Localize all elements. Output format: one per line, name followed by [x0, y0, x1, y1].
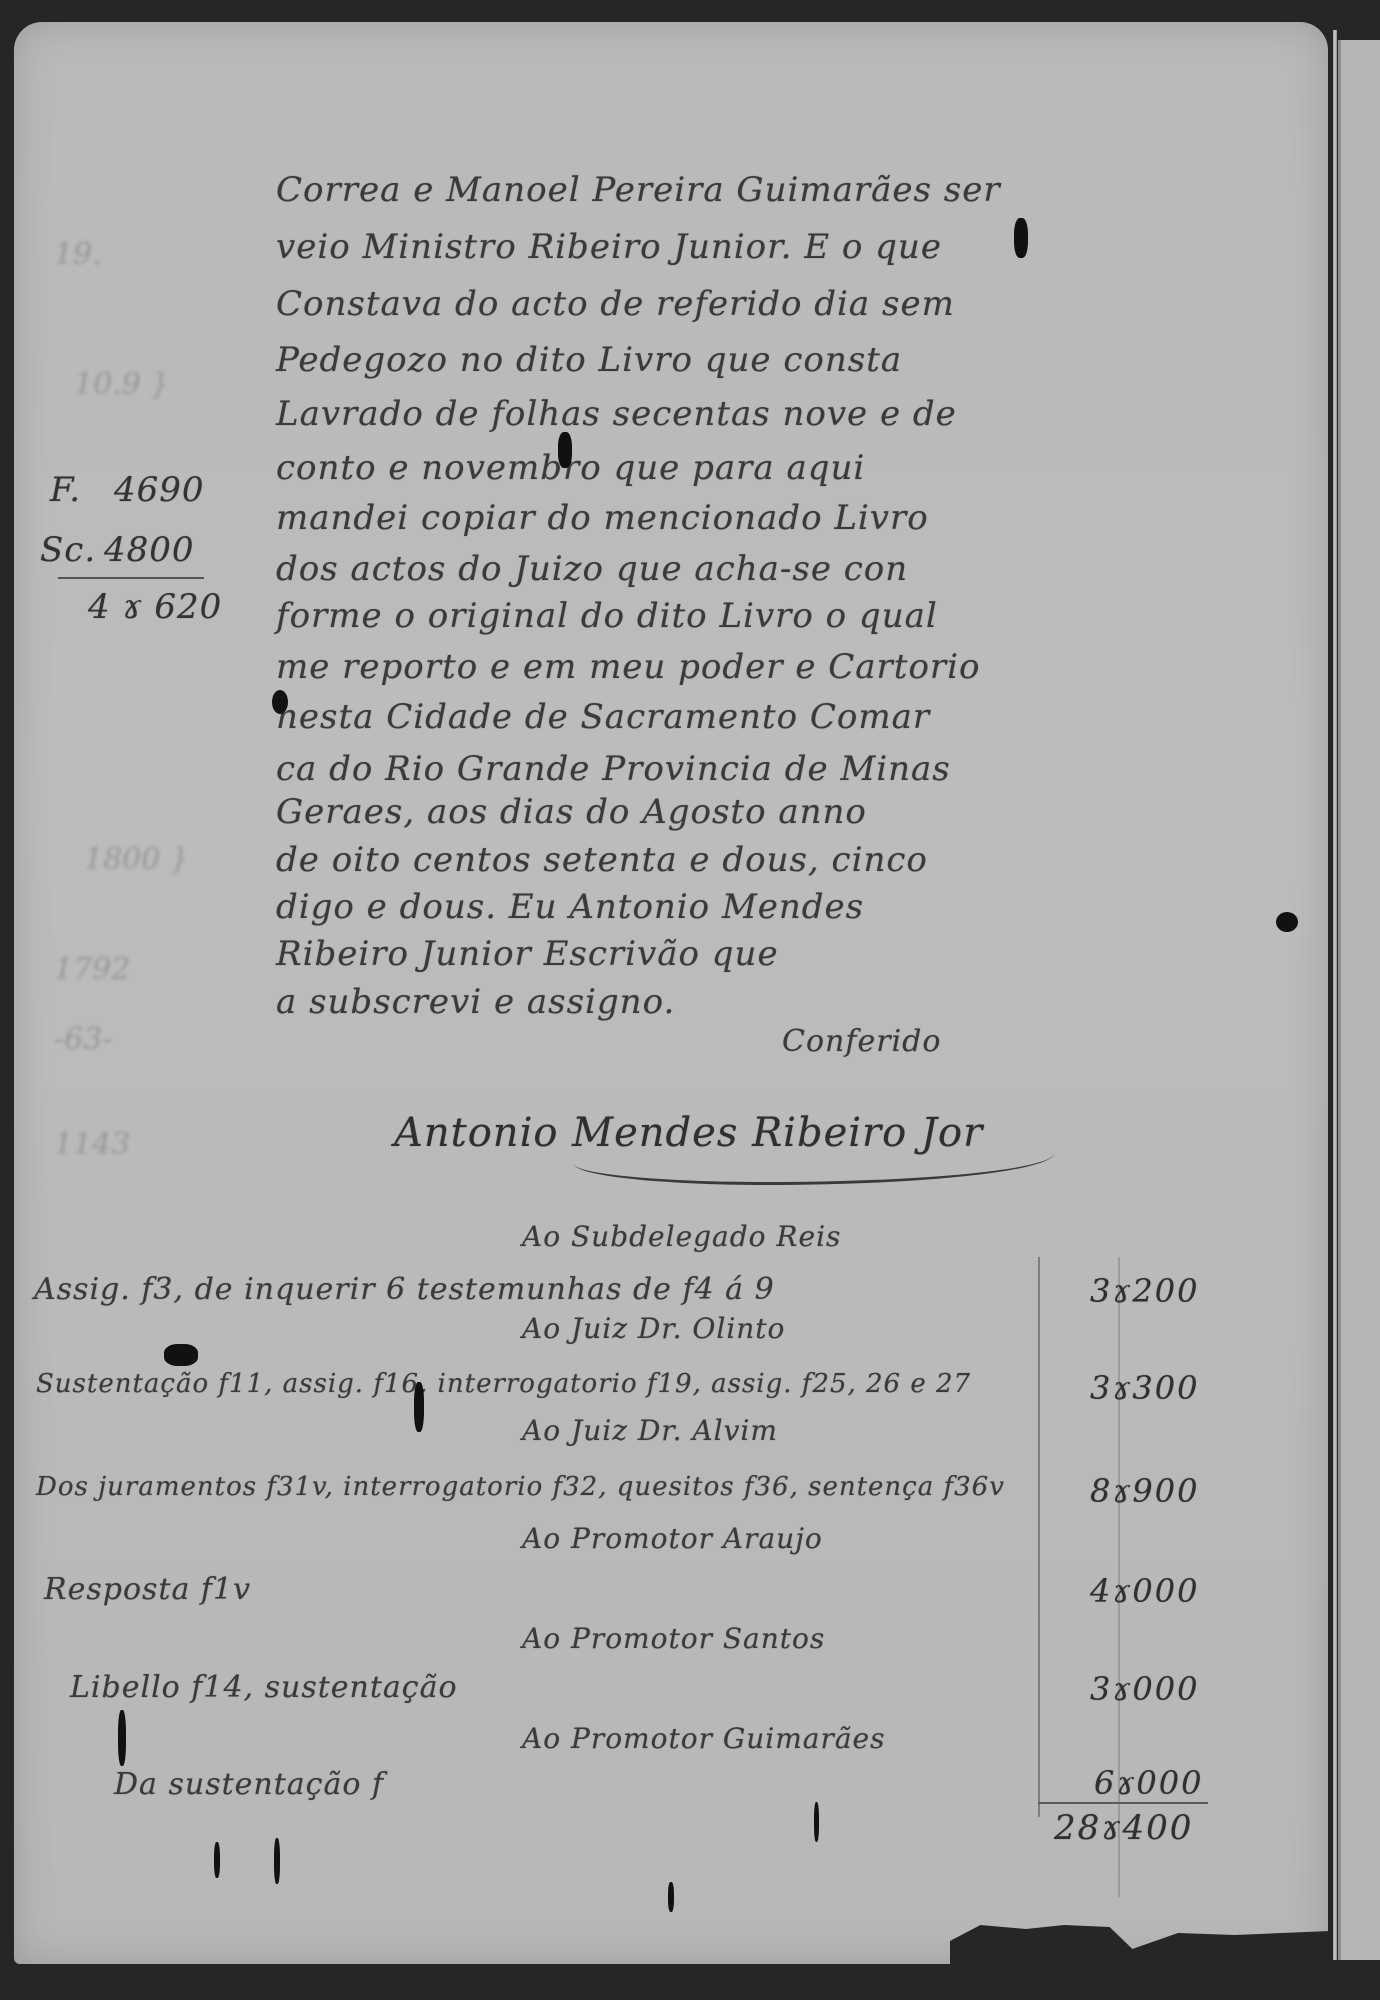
body-line: ca do Rio Grande Provincia de Minas	[276, 749, 951, 789]
body-line: me reporto e em meu poder e Cartorio	[276, 647, 981, 687]
ink-stain	[214, 1842, 220, 1878]
ink-stain	[272, 690, 288, 714]
ledger-recipient: Ao Promotor Guimarães	[522, 1722, 885, 1755]
margin-calc-value: 4800	[104, 530, 195, 570]
ledger-recipient: Ao Promotor Araujo	[522, 1522, 823, 1555]
ink-stain	[668, 1882, 674, 1912]
body-line: Lavrado de folhas secentas nove e de	[276, 394, 957, 434]
body-line: mandei copiar do mencionado Livro	[276, 498, 929, 538]
ledger-amount: 3ɤ200	[1090, 1272, 1199, 1310]
ledger-description: Dos juramentos f31v, interrogatorio f32,…	[36, 1472, 1005, 1502]
margin-calc-value: 4690	[114, 470, 205, 510]
margin-note-faded: 10.9 }	[74, 367, 169, 402]
body-line: Constava do acto de referido dia sem	[276, 284, 955, 324]
bleed-through-note: 1800 }	[84, 842, 189, 877]
signature-flourish	[574, 1132, 1054, 1185]
body-line: Ribeiro Junior Escrivão que	[276, 934, 779, 974]
bleed-through-note: 1143	[54, 1127, 130, 1162]
bleed-through-note: 1792	[54, 952, 130, 987]
ledger-total: 28ɤ400	[1054, 1808, 1193, 1848]
ledger-amount: 6ɤ000	[1094, 1764, 1203, 1802]
margin-calc-label: Sc.	[40, 530, 96, 570]
conferido-note: Conferido	[782, 1024, 941, 1059]
ink-stain	[414, 1382, 424, 1432]
ledger-amount: 8ɤ900	[1090, 1472, 1199, 1510]
ledger-column-rule	[1038, 1257, 1040, 1817]
body-line: dos actos do Juizo que acha-se con	[276, 549, 908, 589]
body-line: Pedegozo no dito Livro que consta	[276, 340, 902, 380]
ledger-description: Resposta f1v	[44, 1572, 251, 1607]
ledger-recipient: Ao Promotor Santos	[522, 1622, 825, 1655]
ledger-description: Sustentação f11, assig. f16, interrogato…	[36, 1369, 971, 1399]
margin-calc-label: F.	[50, 470, 81, 510]
body-line: nesta Cidade de Sacramento Comar	[276, 697, 930, 737]
manuscript-page: 19. 1800 } 1792 -63- 1143 10.9 } F. 4690…	[14, 22, 1328, 1964]
body-line: a subscrevi e assigno.	[276, 982, 675, 1022]
page-gutter	[1333, 30, 1337, 1960]
adjacent-page-edge	[1338, 40, 1380, 1960]
body-line: Correa e Manoel Pereira Guimarães ser	[276, 170, 1001, 210]
bleed-through-note: -63-	[54, 1022, 112, 1057]
ledger-recipient: Ao Juiz Dr. Olinto	[522, 1312, 785, 1345]
ink-stain	[274, 1838, 280, 1884]
ink-stain	[1014, 218, 1028, 258]
ink-stain	[1276, 912, 1298, 932]
ledger-amount: 4ɤ000	[1090, 1572, 1199, 1610]
ledger-description: Assig. f3, de inquerir 6 testemunhas de …	[34, 1272, 775, 1307]
body-line: forme o original do dito Livro o qual	[276, 596, 938, 636]
ledger-recipient: Ao Subdelegado Reis	[522, 1220, 841, 1253]
body-line: de oito centos setenta e dous, cinco	[276, 840, 928, 880]
margin-calc-total: 4 ɤ 620	[88, 587, 222, 627]
body-line: Geraes, aos dias do Agosto anno	[276, 792, 867, 832]
ink-stain	[558, 432, 572, 468]
ledger-amount: 3ɤ000	[1090, 1670, 1199, 1708]
margin-calc-rule	[58, 577, 204, 579]
ink-stain	[164, 1344, 198, 1366]
body-line: digo e dous. Eu Antonio Mendes	[276, 887, 864, 927]
ledger-description: Da sustentação f	[114, 1767, 384, 1802]
ink-stain	[118, 1710, 126, 1766]
ledger-recipient: Ao Juiz Dr. Alvim	[522, 1414, 778, 1447]
bleed-through-note: 19.	[54, 237, 102, 272]
ledger-description: Libello f14, sustentação	[70, 1670, 458, 1705]
ledger-sum-rule	[1038, 1802, 1208, 1804]
ledger-amount: 3ɤ300	[1090, 1369, 1199, 1407]
body-line: veio Ministro Ribeiro Junior. E o que	[276, 227, 942, 267]
ink-stain	[814, 1802, 819, 1842]
